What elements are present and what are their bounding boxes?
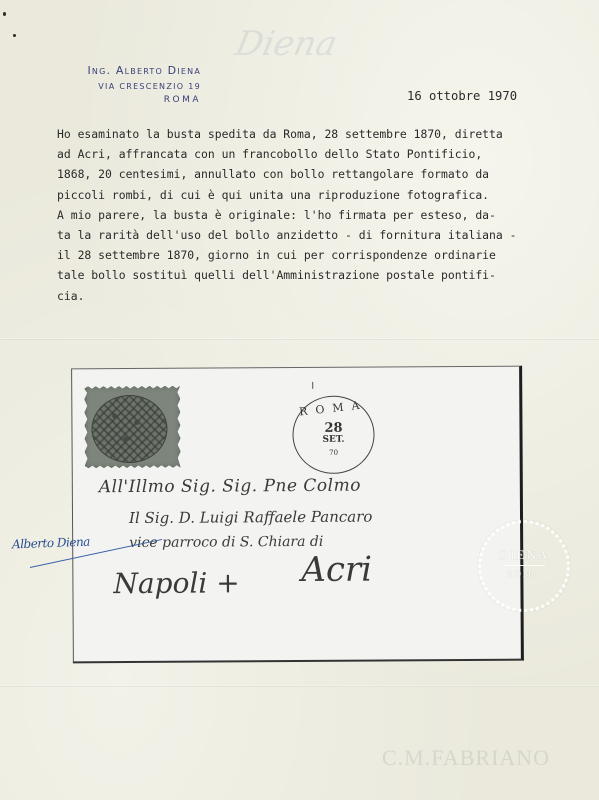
address-town: Acri [301,550,372,590]
body-line: A mio parere, la busta è originale: l'ho… [57,205,577,225]
expert-signature: Alberto Diena [12,535,90,552]
body-line: piccoli rombi, di cui è qui unita una ri… [57,185,577,205]
stamp-medallion [91,395,167,463]
watermark-diena: Diena [232,24,341,64]
address-city: Napoli + [113,566,239,600]
seal-divider [503,565,545,566]
paper-fold-line [0,685,599,687]
envelope-photograph: ROMA 28 SET. 70 All'Illmo Sig. Sig. Pne … [71,366,524,664]
paper-fold-line [0,338,599,340]
paper-speck [3,12,6,16]
letterhead-city: ROMA [56,95,201,105]
postage-stamp-image [84,386,180,469]
letterhead-street: VIA CRESCENZIO 19 [56,82,201,91]
pencil-tick-mark [312,382,313,389]
address-line-3: vice parroco di S. Chiara di [129,534,323,551]
embossed-seal: DIENA ROMA [478,520,570,612]
letterhead-name: Ing. Alberto Diena [56,64,201,77]
seal-bottom-text: ROMA [481,569,567,579]
paper-speck [13,34,16,37]
body-line: ad Acri, affrancata con un francobollo d… [57,144,577,164]
letterhead: Ing. Alberto Diena VIA CRESCENZIO 19 ROM… [56,64,201,105]
body-line: Ho esaminato la busta spedita da Roma, 2… [57,124,577,144]
letter-body: Ho esaminato la busta spedita da Roma, 2… [57,124,577,306]
postmark-month: SET. [294,435,374,445]
watermark-fabriano: C.M.FABRIANO [382,745,550,771]
body-line: ta la rarità dell'uso del bollo anzidett… [57,225,577,245]
body-line: tale bollo sostituì quelli dell'Amminist… [57,265,577,285]
letter-date: 16 ottobre 1970 [407,89,517,103]
body-line: il 28 settembre 1870, giorno in cui per … [57,245,577,265]
address-line-2: Il Sig. D. Luigi Raffaele Pancaro [129,508,372,527]
address-line-1: All'Illmo Sig. Sig. Pne Colmo [99,476,361,498]
postmark-roma: ROMA 28 SET. 70 [292,396,374,474]
seal-top-text: DIENA [481,547,567,563]
body-line: 1868, 20 centesimi, annullato con bollo … [57,164,577,184]
postmark-year: 70 [294,449,374,457]
postmark-city: ROMA [293,397,374,419]
body-line: cia. [57,286,577,306]
